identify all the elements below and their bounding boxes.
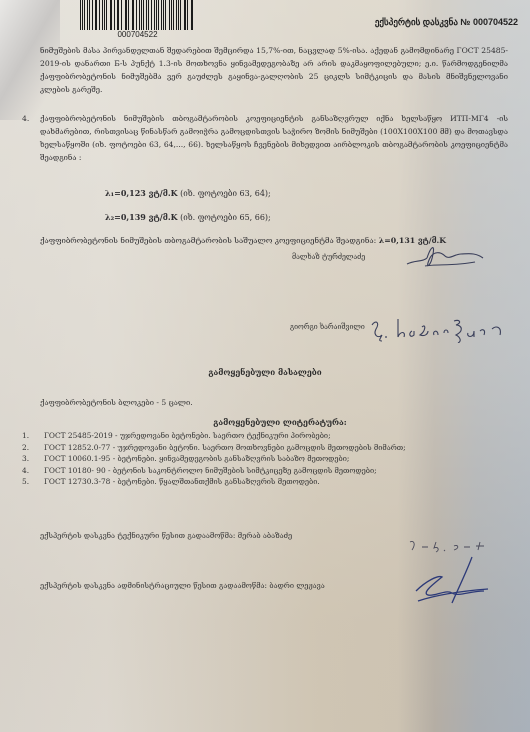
signature-1-icon — [405, 240, 485, 272]
handwritten-date-icon — [408, 538, 503, 554]
document-page: 000704522 ექსპერტის დასკვნა № 000704522 … — [0, 0, 530, 732]
formula-note: (იხ. ფოტოები 63, 64); — [180, 189, 271, 198]
literature-item: 5.ГОСТ 12730.3-78 - ბეტონები. წყალშთანთქ… — [22, 476, 406, 488]
formula-lambda-1: λ₁=0,123 ვტ/მ.K (იხ. ფოტოები 63, 64); — [105, 188, 271, 198]
administrative-review-line: ექსპერტის დასკვნა ადმინისტრაციული წესით … — [40, 581, 325, 590]
materials-line: ქაფფიბრობეტონის ბლოკები - 5 ცალი. — [40, 398, 193, 407]
barcode — [80, 0, 195, 30]
barcode-number: 000704522 — [80, 30, 195, 39]
technical-review-line: ექსპერტის დასკვნა ტექნიკური წესით გადაამ… — [40, 531, 292, 540]
literature-list: 1.ГОСТ 25485-2019 - უჯრედოვანი ბეტონები.… — [22, 430, 406, 488]
materials-heading: გამოყენებული მასალები — [0, 367, 530, 377]
signatory-2-name: გიორგი ხარაიშვილი — [290, 323, 365, 331]
paragraph-number: 4. — [22, 112, 29, 125]
average-coefficient: ქაფფიბრობეტონის ნიმუშების თბოგამტარობის … — [40, 236, 446, 245]
literature-heading: გამოყენებული ლიტერატურა: — [15, 417, 530, 427]
formula-value: λ₁=0,123 ვტ/მ.K — [105, 188, 178, 198]
formula-lambda-2: λ₂=0,139 ვტ/მ.K (იხ. ფოტოები 65, 66); — [105, 212, 271, 222]
literature-item: 2.ГОСТ 12852.0-77 - უჯრედოვანი ბეტონი. ს… — [22, 442, 406, 454]
signature-2-icon — [370, 313, 520, 343]
document-header: ექსპერტის დასკვნა № 000704522 — [375, 17, 518, 28]
signatory-1-name: მალხაზ ტურძელაძე — [292, 253, 365, 261]
paragraph-text: ქაფფიბრობეტონის ნიმუშების თბოგამტარობის … — [40, 112, 508, 164]
literature-item: 3.ГОСТ 10060.1-95 - ბეტონები. ყინვამედეგ… — [22, 453, 406, 465]
formula-value: λ₂=0,139 ვტ/მ.K — [105, 212, 178, 222]
paragraph-frost-result: ნიმუშების მასა პირვანდელთან შედარებით შე… — [40, 44, 508, 96]
paragraph-thermal-conductivity: 4. ქაფფიბრობეტონის ნიმუშების თბოგამტარობ… — [22, 112, 508, 164]
literature-item: 1.ГОСТ 25485-2019 - უჯრედოვანი ბეტონები.… — [22, 430, 406, 442]
signature-3-icon — [412, 555, 492, 605]
formula-note: (იხ. ფოტოები 65, 66); — [180, 213, 271, 222]
literature-item: 4.ГОСТ 10180- 90 - ბეტონის საკონტროლო ნი… — [22, 465, 406, 477]
average-text: ქაფფიბრობეტონის ნიმუშების თბოგამტარობის … — [40, 236, 379, 245]
